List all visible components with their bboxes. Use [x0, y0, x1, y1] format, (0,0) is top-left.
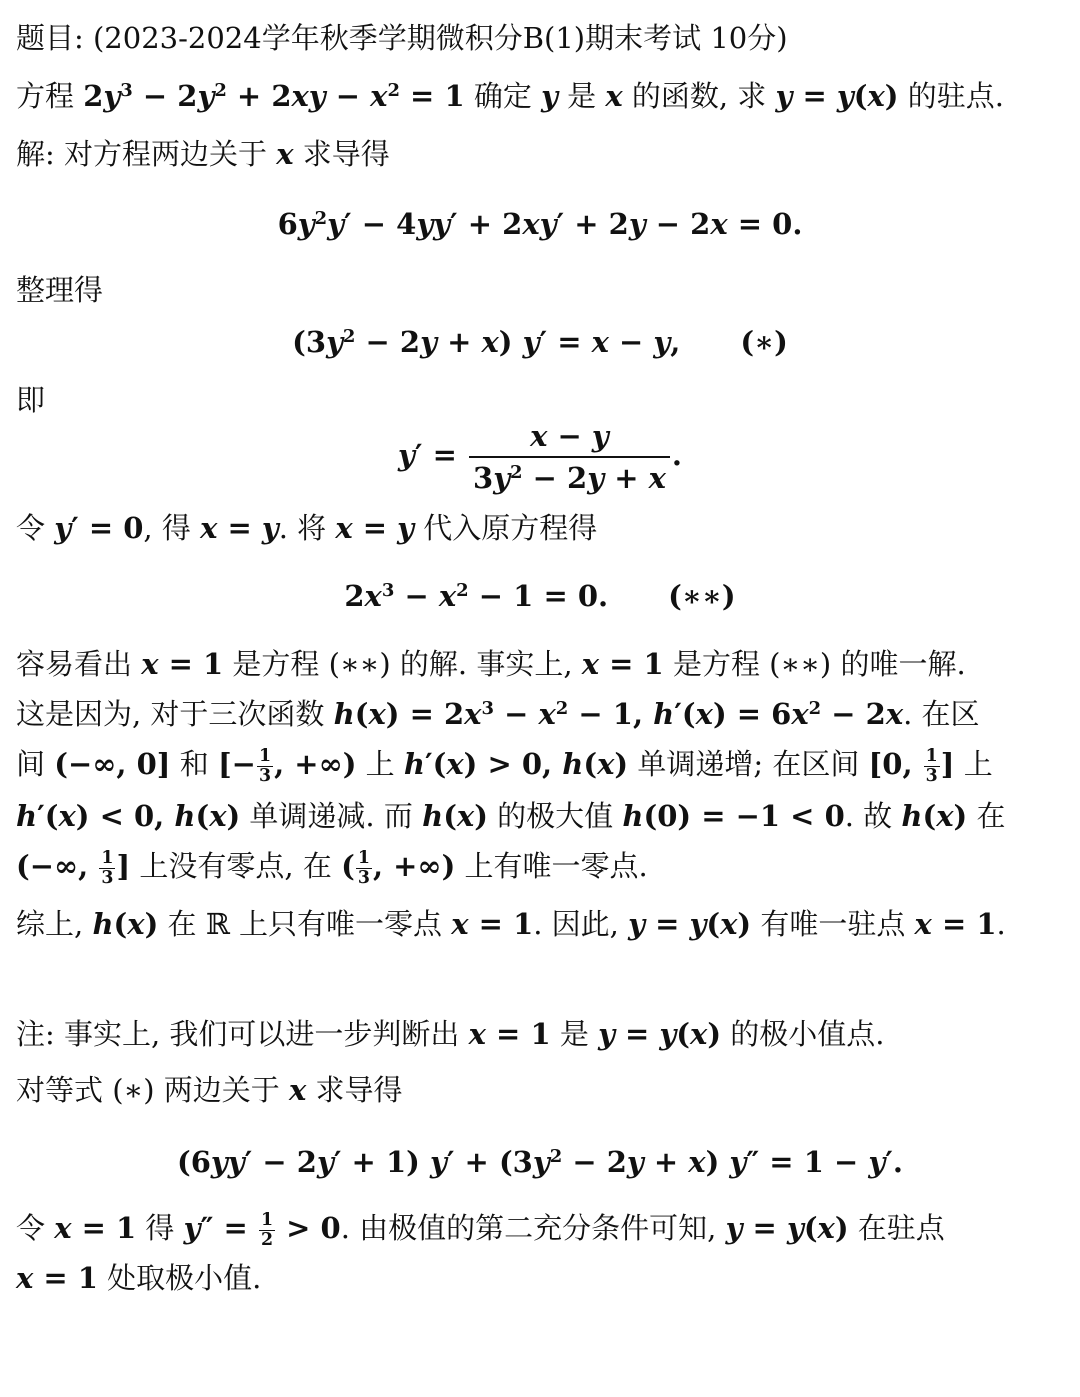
line-eq-star: (3y2 − 2y + x) y′ = x − y,(∗) [0, 322, 1080, 362]
line-set-zero: 令 y′ = 0, 得 x = y. 将 x = y 代入原方程得 [16, 508, 597, 548]
line-note: 注: 事实上, 我们可以进一步判断出 x = 1 是 y = y(x) 的极小值… [16, 1014, 884, 1054]
line-eq-second: (6yy′ − 2y′ + 1) y′ + (3y2 − 2y + x) y″ … [0, 1142, 1080, 1182]
line-ie: 即 [16, 380, 45, 420]
line-note-derive: 对等式 (∗) 两边关于 x 求导得 [16, 1070, 403, 1110]
line-p1: 容易看出 x = 1 是方程 (∗∗) 的解. 事实上, x = 1 是方程 (… [16, 644, 966, 684]
line-solution-intro: 解: 对方程两边关于 x 求导得 [16, 134, 390, 174]
line-title: 题目: (2023-2024学年秋季学期微积分B(1)期末考试 10分) [16, 18, 788, 58]
line-eq-yprime: y′ = x − y3y2 − 2y + x. [0, 416, 1080, 498]
line-conclusion: 综上, h(x) 在 ℝ 上只有唯一零点 x = 1. 因此, y = y(x)… [16, 904, 1006, 944]
line-p5: (−∞, 13] 上没有零点, 在 (13, +∞) 上有唯一零点. [16, 846, 648, 887]
line-p6: 令 x = 1 得 y″ = 12 > 0. 由极值的第二充分条件可知, y =… [16, 1208, 945, 1249]
line-p3: 间 (−∞, 0] 和 [−13, +∞) 上 h′(x) > 0, h(x) … [16, 744, 993, 785]
line-p7: x = 1 处取极小值. [16, 1258, 261, 1298]
line-p2: 这是因为, 对于三次函数 h(x) = 2x3 − x2 − 1, h′(x) … [16, 694, 980, 734]
line-eq-derivative: 6y2y′ − 4yy′ + 2xy′ + 2y − 2x = 0. [0, 204, 1080, 244]
line-rearrange: 整理得 [16, 270, 103, 310]
line-eq-doublestar: 2x3 − x2 − 1 = 0.(∗∗) [0, 576, 1080, 616]
line-problem: 方程 2y3 − 2y2 + 2xy − x2 = 1 确定 y 是 x 的函数… [16, 76, 1004, 116]
line-p4: h′(x) < 0, h(x) 单调递减. 而 h(x) 的极大值 h(0) =… [16, 796, 1005, 836]
